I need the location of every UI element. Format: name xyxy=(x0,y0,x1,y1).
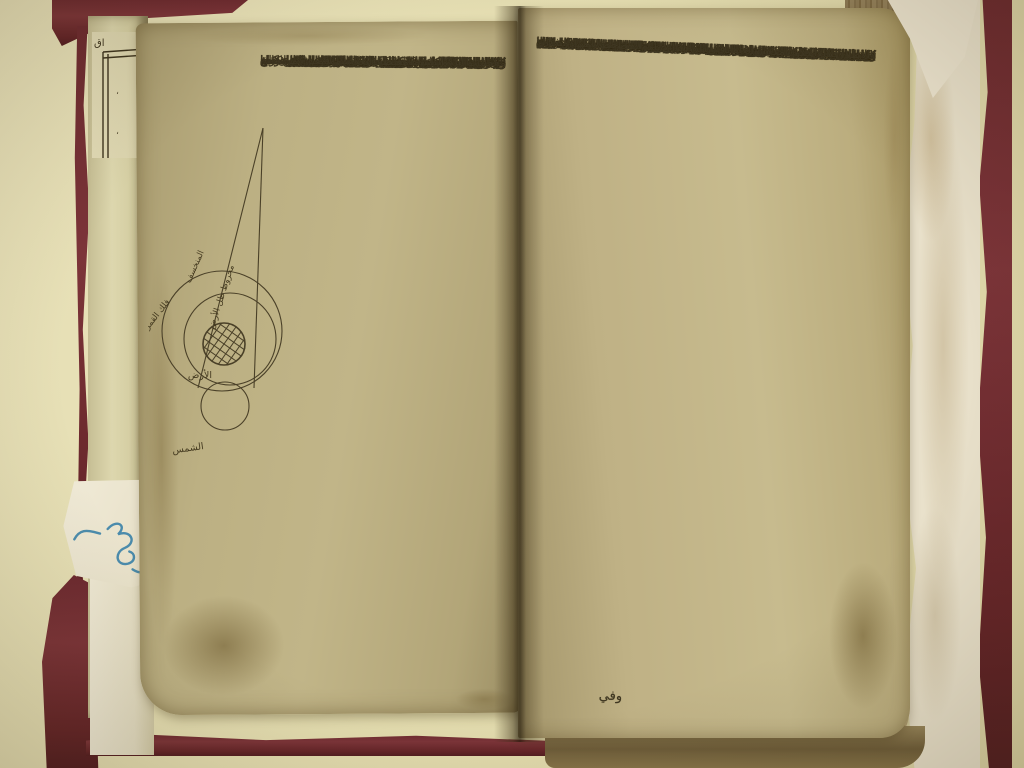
manuscript-photo: اق ، ، xyxy=(0,0,1024,768)
catchword: وفي xyxy=(552,687,623,711)
earth-label: الأرض xyxy=(188,369,212,381)
manuscript-line: والجواب ان النسبة مغلطة انعكاسها معين من… xyxy=(260,51,506,73)
torn-endpaper-right xyxy=(898,0,980,768)
sun-circle xyxy=(201,382,249,430)
right-page-text: اعظم من الضروريتين وذلك اذا ورد فيه ما ي… xyxy=(536,46,876,706)
earth-globe-hatching xyxy=(189,309,259,379)
left-page-text: وقياس بعض ان كل ما بالارادة متحرك بالارا… xyxy=(260,52,506,664)
sun-label: الشمس xyxy=(172,441,205,456)
fragment-mark: ، xyxy=(116,87,119,97)
eclipsed-label: المنخسف xyxy=(184,249,207,284)
fragment-mark: ، xyxy=(116,127,119,137)
fragment-glyphs: اق xyxy=(94,38,105,49)
moon-orbit-label: فلك القمر xyxy=(148,298,172,333)
